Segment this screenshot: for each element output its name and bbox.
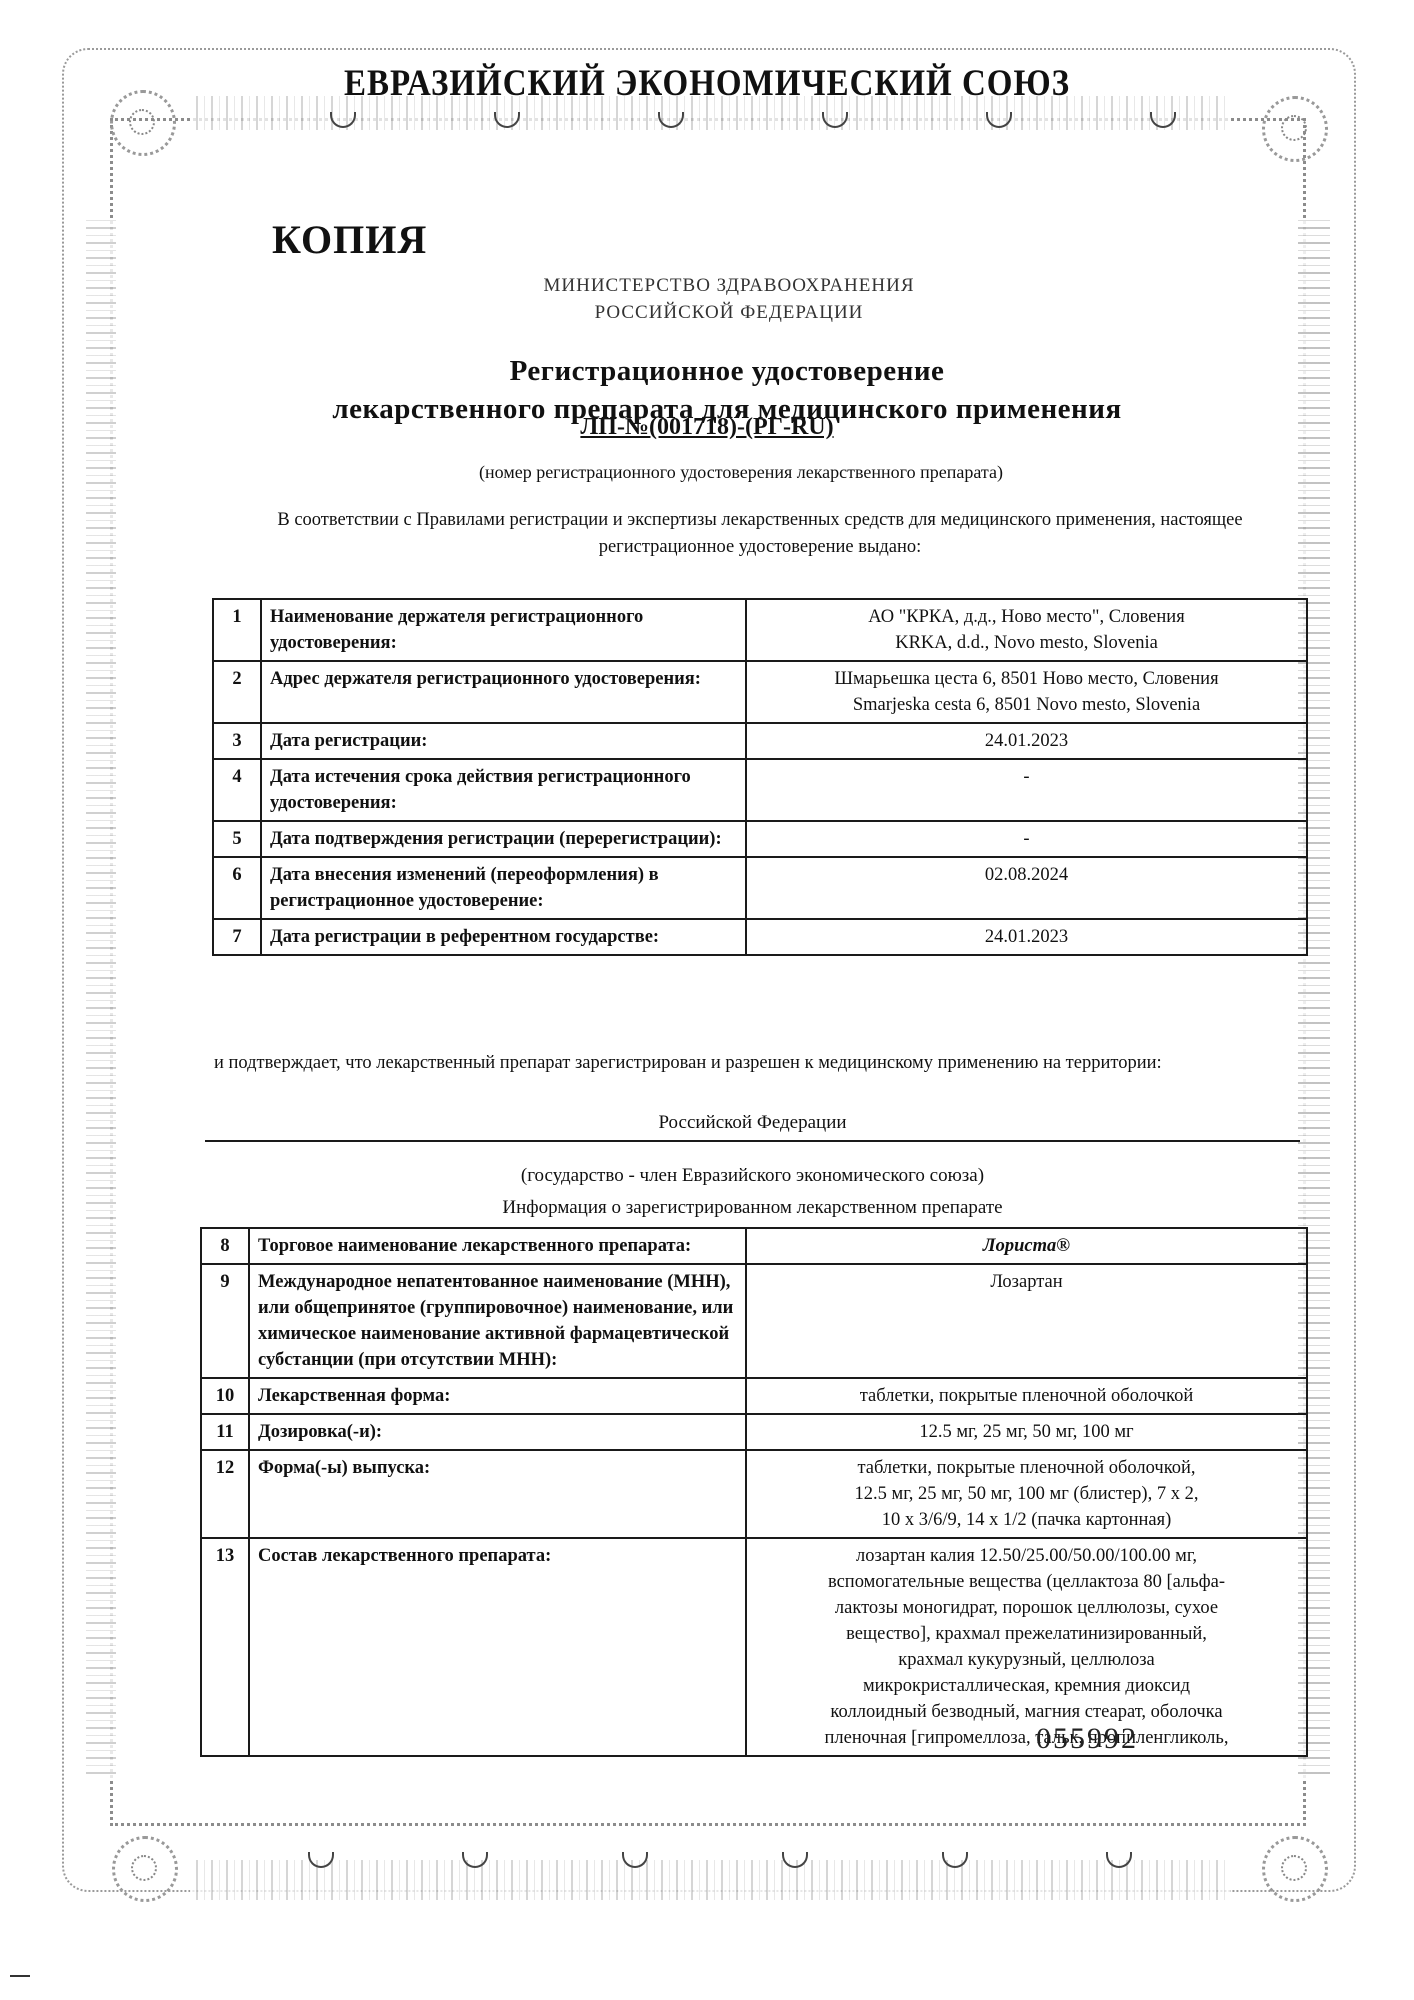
row-value-line: 24.01.2023 [755,728,1298,754]
row-value-line: Лозартан [755,1269,1298,1295]
row-value-line: АО "КРКА, д.д., Ново место", Словения [755,604,1298,630]
row-value: 24.01.2023 [746,723,1307,759]
row-value-line: 10 х 3/6/9, 14 х 1/2 (пачка картонная) [755,1507,1298,1533]
table-row: 11Дозировка(-и):12.5 мг, 25 мг, 50 мг, 1… [201,1414,1307,1450]
ministry-line-1: МИНИСТЕРСТВО ЗДРАВООХРАНЕНИЯ [22,272,1414,299]
row-value-line: KRKA, d.d., Novo mesto, Slovenia [755,630,1298,656]
table-row: 4Дата истечения срока действия регистрац… [213,759,1307,821]
table-row: 6Дата внесения изменений (переоформления… [213,857,1307,919]
corner-rosette-icon [112,1836,178,1902]
row-label: Адрес держателя регистрационного удостов… [261,661,746,723]
row-label: Состав лекарственного препарата: [249,1538,746,1756]
row-value: таблетки, покрытые пленочной оболочкой [746,1378,1307,1414]
row-value-line: лозартан калия 12.50/25.00/50.00/100.00 … [755,1543,1298,1569]
row-number: 5 [213,821,261,857]
row-number: 7 [213,919,261,955]
row-value-line: таблетки, покрытые пленочной оболочкой, [755,1455,1298,1481]
row-number: 1 [213,599,261,661]
row-number: 11 [201,1414,249,1450]
table-row: 5Дата подтверждения регистрации (перерег… [213,821,1307,857]
row-label: Дата регистрации: [261,723,746,759]
row-value: лозартан калия 12.50/25.00/50.00/100.00 … [746,1538,1307,1756]
row-number: 10 [201,1378,249,1414]
row-value: - [746,759,1307,821]
row-label: Наименование держателя регистрационного … [261,599,746,661]
row-number: 8 [201,1228,249,1264]
row-value: Лориста® [746,1228,1307,1264]
row-value-line: крахмал кукурузный, целлюлоза [755,1647,1298,1673]
table-row: 3Дата регистрации:24.01.2023 [213,723,1307,759]
table-row: 13Состав лекарственного препарата:лозарт… [201,1538,1307,1756]
row-value-line: 12.5 мг, 25 мг, 50 мг, 100 мг [755,1419,1298,1445]
row-value: Лозартан [746,1264,1307,1378]
row-number: 13 [201,1538,249,1756]
row-value-line: таблетки, покрытые пленочной оболочкой [755,1383,1298,1409]
row-value-line: 12.5 мг, 25 мг, 50 мг, 100 мг (блистер),… [755,1481,1298,1507]
row-number: 4 [213,759,261,821]
row-value: - [746,821,1307,857]
row-number: 3 [213,723,261,759]
row-value-line: Smarjeska cesta 6, 8501 Novo mesto, Slov… [755,692,1298,718]
table-row: 7Дата регистрации в референтном государс… [213,919,1307,955]
row-value-line: Шмарьешка цеста 6, 8501 Ново место, Слов… [755,666,1298,692]
row-label: Дата подтверждения регистрации (перереги… [261,821,746,857]
row-label: Дата внесения изменений (переоформления)… [261,857,746,919]
confirmation-text: и подтверждает, что лекарственный препар… [214,1051,1294,1075]
row-value-line: лактозы моногидрат, порошок целлюлозы, с… [755,1595,1298,1621]
row-value: 02.08.2024 [746,857,1307,919]
certificate-number-caption: (номер регистрационного удостоверения ле… [34,462,1414,483]
row-number: 6 [213,857,261,919]
row-number: 2 [213,661,261,723]
row-value-line: Лориста® [755,1233,1298,1259]
row-label: Дозировка(-и): [249,1414,746,1450]
form-serial-number: 055992 [1036,1722,1138,1756]
holder-info-table: 1Наименование держателя регистрационного… [212,598,1308,956]
row-value-line: вещество], крахмал прежелатинизированный… [755,1621,1298,1647]
row-value-line: 24.01.2023 [755,924,1298,950]
table-row: 10Лекарственная форма:таблетки, покрытые… [201,1378,1307,1414]
territory-caption: (государство - член Евразийского экономи… [205,1165,1300,1187]
corner-rosette-icon [1262,96,1328,162]
certificate-number: ЛП-№(001718)-(РГ-RU) [0,414,1414,441]
row-value-line: 02.08.2024 [755,862,1298,888]
ornament-band-bottom [190,1860,1230,1900]
copy-stamp: КОПИЯ [272,216,427,263]
intro-paragraph: В соответствии с Правилами регистрации и… [254,507,1266,561]
row-label: Международное непатентованное наименован… [249,1264,746,1378]
territory-name: Российской Федерации [205,1112,1300,1142]
table-row: 12Форма(-ы) выпуска:таблетки, покрытые п… [201,1450,1307,1538]
certificate-title-line-1: Регистрационное удостоверение [20,352,1414,390]
ministry-line-2: РОССИЙСКОЙ ФЕДЕРАЦИИ [22,299,1414,326]
table-row: 1Наименование держателя регистрационного… [213,599,1307,661]
row-value-line: микрокристаллическая, кремния диоксид [755,1673,1298,1699]
row-value-line: коллоидный безводный, магния стеарат, об… [755,1699,1298,1725]
ornament-band-left [86,220,116,1780]
row-number: 9 [201,1264,249,1378]
row-value: 12.5 мг, 25 мг, 50 мг, 100 мг [746,1414,1307,1450]
row-label: Лекарственная форма: [249,1378,746,1414]
corner-rosette-icon [1262,1836,1328,1902]
row-value-line: - [755,826,1298,852]
row-value: таблетки, покрытые пленочной оболочкой,1… [746,1450,1307,1538]
union-title: ЕВРАЗИЙСКИЙ ЭКОНОМИЧЕСКИЙ СОЮЗ [0,64,1414,105]
row-value-line: вспомогательные вещества (целлактоза 80 … [755,1569,1298,1595]
row-label: Торговое наименование лекарственного пре… [249,1228,746,1264]
row-label: Дата регистрации в референтном государст… [261,919,746,955]
scan-edge-mark [10,1975,30,1977]
row-value-line: пленочная [гипромеллоза, тальк, пропилен… [755,1725,1298,1751]
row-label: Форма(-ы) выпуска: [249,1450,746,1538]
row-value-line: - [755,764,1298,790]
row-value: Шмарьешка цеста 6, 8501 Ново место, Слов… [746,661,1307,723]
table-row: 9Международное непатентованное наименова… [201,1264,1307,1378]
product-info-caption: Информация о зарегистрированном лекарств… [205,1197,1300,1219]
ministry-name: МИНИСТЕРСТВО ЗДРАВООХРАНЕНИЯ РОССИЙСКОЙ … [22,272,1414,326]
row-number: 12 [201,1450,249,1538]
row-value: 24.01.2023 [746,919,1307,955]
row-value: АО "КРКА, д.д., Ново место", СловенияKRK… [746,599,1307,661]
table-row: 2Адрес держателя регистрационного удосто… [213,661,1307,723]
row-label: Дата истечения срока действия регистраци… [261,759,746,821]
table-row: 8Торговое наименование лекарственного пр… [201,1228,1307,1264]
product-info-table: 8Торговое наименование лекарственного пр… [200,1227,1308,1757]
